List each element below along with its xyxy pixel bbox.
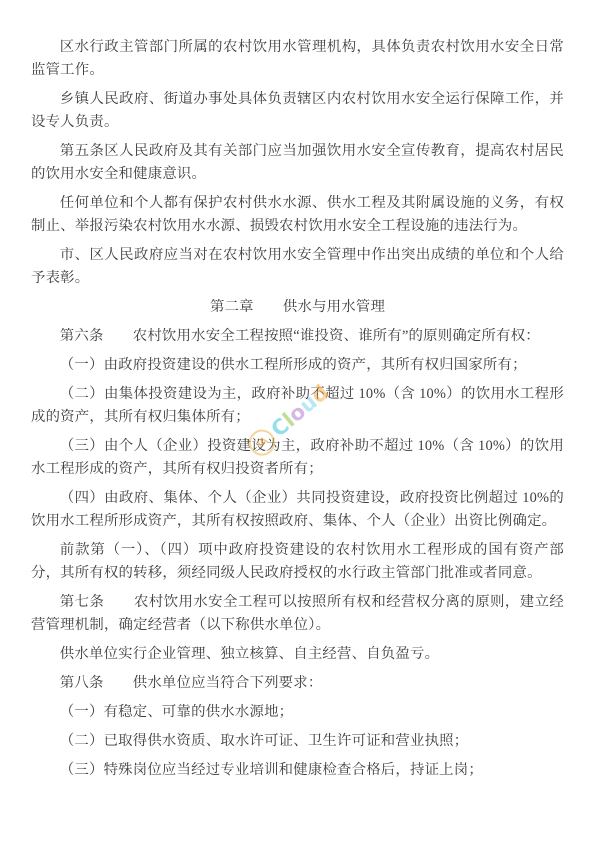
paragraph: 区水行政主管部门所属的农村饮用水管理机构，具体负责农村饮用水安全日常监管工作。: [31, 36, 564, 82]
paragraph: （四）由政府、集体、个人（企业）共同投资建设，政府投资比例超过 10%的饮用水工…: [31, 487, 564, 533]
document-body: 区水行政主管部门所属的农村饮用水管理机构，具体负责农村饮用水安全日常监管工作。乡…: [31, 36, 564, 782]
paragraph: 乡镇人民政府、街道办事处具体负责辖区内农村饮用水安全运行保障工作，并设专人负责。: [31, 88, 564, 134]
paragraph: 第五条区人民政府及其有关部门应当加强饮用水安全宣传教育，提高农村居民的饮用水安全…: [31, 140, 564, 186]
paragraph: （一）有稳定、可靠的供水水源地；: [31, 701, 564, 724]
chapter-heading: 第二章 供水与用水管理: [31, 296, 564, 319]
paragraph: 供水单位实行企业管理、独立核算、自主经营、自负盈亏。: [31, 643, 564, 666]
paragraph: （二）由集体投资建设为主，政府补助不超过 10%（含 10%）的饮用水工程形成的…: [31, 383, 564, 429]
paragraph: （三）由个人（企业）投资建设为主，政府补助不超过 10%（含 10%）的饮用水工…: [31, 435, 564, 481]
paragraph: （一）由政府投资建设的供水工程所形成的资产，其所有权归国家所有；: [31, 354, 564, 377]
document-page: 区水行政主管部门所属的农村饮用水管理机构，具体负责农村饮用水安全日常监管工作。乡…: [0, 0, 595, 841]
paragraph: 任何单位和个人都有保护农村供水水源、供水工程及其附属设施的义务，有权制止、举报污…: [31, 192, 564, 238]
paragraph: （二）已取得供水资质、取水许可证、卫生许可证和营业执照；: [31, 730, 564, 753]
paragraph: （三）特殊岗位应当经过专业培训和健康检查合格后，持证上岗；: [31, 759, 564, 782]
paragraph: 前款第（一）、（四）项中政府投资建设的农村饮用水工程形成的国有资产部分，其所有权…: [31, 539, 564, 585]
paragraph: 第七条 农村饮用水安全工程可以按照所有权和经营权分离的原则，建立经营管理机制，确…: [31, 591, 564, 637]
paragraph: 第八条 供水单位应当符合下列要求：: [31, 672, 564, 695]
paragraph: 第六条 农村饮用水安全工程按照“谁投资、谁所有”的原则确定所有权：: [31, 325, 564, 348]
paragraph: 市、区人民政府应当对在农村饮用水安全管理中作出突出成绩的单位和个人给予表彰。: [31, 244, 564, 290]
